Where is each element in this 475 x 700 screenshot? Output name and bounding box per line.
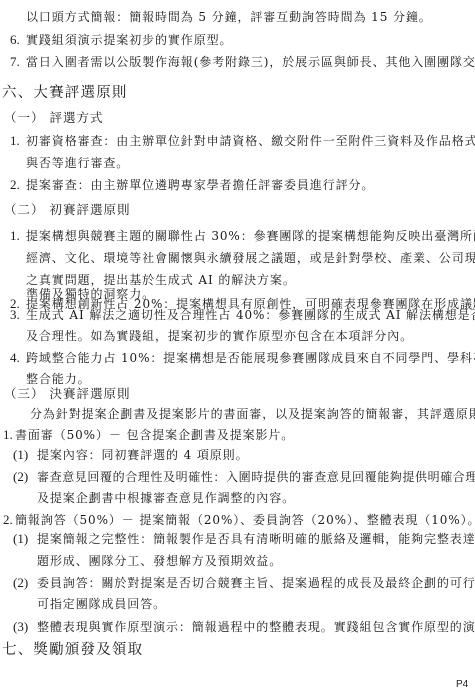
list-item-line: 準備及獨特的洞察力。: [26, 286, 155, 302]
list-item-line: 提案內容：同初賽評選的 4 項原則。: [37, 447, 248, 463]
subsection-heading: （三） 決賽評選原則: [4, 386, 130, 402]
list-item-line: 可指定團隊成員回答。: [37, 596, 166, 612]
list-item-line: 整體表現與實作原型演示：簡報過程中的整體表現。實踐組包含實作原型的演示成果。: [37, 619, 475, 635]
list-item-line: 提案簡報之完整性：簡報製作是否具有清晰明確的脈絡及邏輯，能夠完整表達提案的問: [37, 531, 475, 547]
list-item: 實踐組須演示提案初步的實作原型。: [26, 32, 232, 48]
list-number: 2.: [10, 177, 20, 193]
page-number: P4: [456, 679, 468, 690]
list-item-line: 與否等進行審查。: [26, 155, 129, 171]
list-item-line: 題形成、團隊分工、發想解方及預期效益。: [37, 553, 282, 569]
paragraph-intro: 分為針對提案企劃書及提案影片的書面審，以及提案詢答的簡報審，其評選原則分述如下：: [30, 406, 475, 422]
list-item: 當日入圍者需以公版製作海報(參考附錄三)，於展示區與師長、其他入圍團隊交流學習。: [26, 54, 475, 70]
list-item-title: 簡報詢答（50%）－ 提案簡報（20%）、委員詢答（20%）、整體表現（10%）…: [15, 512, 475, 528]
subsection-heading: （二） 初賽評選原則: [4, 202, 130, 218]
list-number: 1.: [10, 133, 20, 149]
list-item-line: 及提案企劃書中根據審查意見作調整的內容。: [37, 490, 295, 506]
list-item-line: 跨域整合能力占 10%：提案構想是否能展現參賽團隊成員來自不同學門、學科專業的跨…: [26, 350, 475, 366]
list-number: (3): [13, 619, 28, 635]
paragraph-continuation: 以口頭方式簡報：簡報時間為 5 分鐘，評審互動詢答時間為 15 分鐘。: [26, 9, 432, 25]
list-number: 4.: [10, 350, 20, 366]
list-item-line: 初審資格審查：由主辦單位針對申請資格、繳交附件一至附件三資料及作品格式符合規格: [26, 133, 475, 149]
list-item-line: 經濟、文化、環境等社會關懷與永續發展之議題，或是針對學校、產業、公司現場等遭遇: [26, 250, 475, 266]
list-number: 6.: [10, 32, 20, 48]
list-item-line: 提案構想與競賽主題的關聯性占 30%：參賽團隊的提案構想能夠反映出臺灣所面臨社會…: [26, 228, 475, 244]
list-item-title: 書面審（50%）－ 包含提案企劃書及提案影片。: [15, 427, 294, 443]
list-number: 1.: [10, 228, 20, 244]
list-number: 2.: [3, 512, 13, 528]
subsection-heading: （一） 評選方式: [4, 110, 103, 126]
list-number: 3.: [10, 307, 20, 323]
section-heading: 六、大賽評選原則: [2, 85, 128, 101]
list-number: (1): [13, 447, 28, 463]
list-number: 1.: [3, 427, 13, 443]
list-number: (1): [13, 531, 28, 547]
list-item-line: 整合能力。: [26, 371, 91, 387]
section-heading: 七、獎勵頒發及領取: [2, 642, 143, 658]
list-item-line: 委員詢答：關於對提案是否切合競賽主旨、提案過程的成長及最終企劃的可行性，委員: [37, 575, 475, 591]
list-item-line: 提案審查：由主辦單位遴聘專家學者擔任評審委員進行評分。: [26, 177, 374, 193]
list-number: 7.: [10, 54, 20, 70]
list-number: (2): [13, 575, 28, 591]
list-item-line: 及合理性。如為實踐組，提案初步的實作原型亦包含在本項評分內。: [26, 328, 413, 344]
list-number: (2): [13, 469, 28, 485]
list-item-line: 審查意見回覆的合理性及明確性：入圍時提供的審查意見回覆能夠提供明確合理的答覆，: [37, 469, 475, 485]
list-item-line: 生成式 AI 解法之適切性及合理性占 40%：參賽團隊的生成式 AI 解法構想是…: [26, 307, 475, 323]
